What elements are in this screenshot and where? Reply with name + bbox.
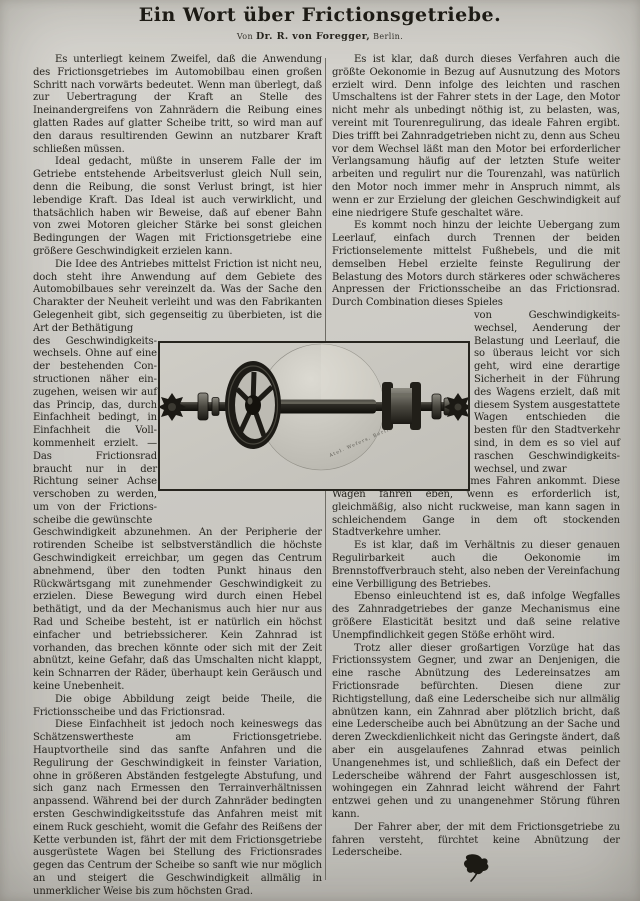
article-title: Ein Wort über Frictionsgetriebe. bbox=[0, 2, 640, 28]
byline-place: Berlin. bbox=[373, 32, 403, 41]
byline-prefix: Von bbox=[237, 32, 253, 41]
paragraph: Trotz aller dieser großartigen Vorzüge h… bbox=[332, 643, 620, 822]
paragraph: Es ist klar, daß im Verhältnis zu dieser… bbox=[332, 540, 620, 591]
left-joint-hub bbox=[168, 403, 176, 411]
byline: Von Dr. R. von Foregger, Berlin. bbox=[0, 31, 640, 42]
paragraph-wrap-around-figure: von Geschwindig­keits­wechsel, Aenderung… bbox=[474, 310, 620, 476]
masthead: Ein Wort über Frictionsgetriebe. Von Dr.… bbox=[0, 2, 640, 42]
friction-gear-figure: Atel. Wefers, Berlin bbox=[158, 341, 470, 491]
paragraph: Ebenso einleuchtend ist es, daß infolge … bbox=[332, 591, 620, 642]
left-collar-small bbox=[212, 398, 219, 416]
leaf-body bbox=[464, 854, 488, 874]
left-collar-large bbox=[198, 393, 208, 420]
paragraph: Es ist klar, daß durch dieses Verfahren … bbox=[332, 54, 620, 220]
paragraph-wrap-around-figure: des Geschwindig­keits­wechsels. Ohne auf… bbox=[33, 336, 157, 528]
right-bearing-hub bbox=[382, 382, 421, 430]
paragraph: Es unterliegt keinem Zweifel, daß die An… bbox=[33, 54, 322, 156]
leaf-ornament-icon bbox=[462, 853, 490, 883]
byline-author: Dr. R. von Foregger, bbox=[256, 31, 370, 42]
wheel-hub-highlight bbox=[248, 398, 253, 405]
right-collar-large bbox=[432, 394, 441, 419]
paragraph: Es kommt noch hinzu der leichte Uebergan… bbox=[332, 220, 620, 310]
friction-wheel bbox=[225, 361, 281, 449]
paragraph: Diese Einfachheit ist jedoch noch keines… bbox=[33, 719, 322, 898]
hub-barrel-highlight bbox=[391, 393, 412, 397]
paragraph: Die obige Abbildung zeigt beide Theile, … bbox=[33, 694, 322, 720]
wheel-hub bbox=[245, 395, 261, 415]
friction-gear-illustration: Atel. Wefers, Berlin bbox=[158, 341, 470, 491]
paragraph: Geschwindigkeit abzunehmen. An der Perip… bbox=[33, 527, 322, 693]
right-gear-hub bbox=[455, 404, 462, 411]
paragraph: Ideal gedacht, müßte in unserem Falle de… bbox=[33, 156, 322, 258]
journal-page: Ein Wort über Frictionsgetriebe. Von Dr.… bbox=[0, 0, 640, 901]
paragraph: Die Idee des Antriebes mittelst Friction… bbox=[33, 259, 322, 336]
end-ornament bbox=[462, 853, 490, 883]
